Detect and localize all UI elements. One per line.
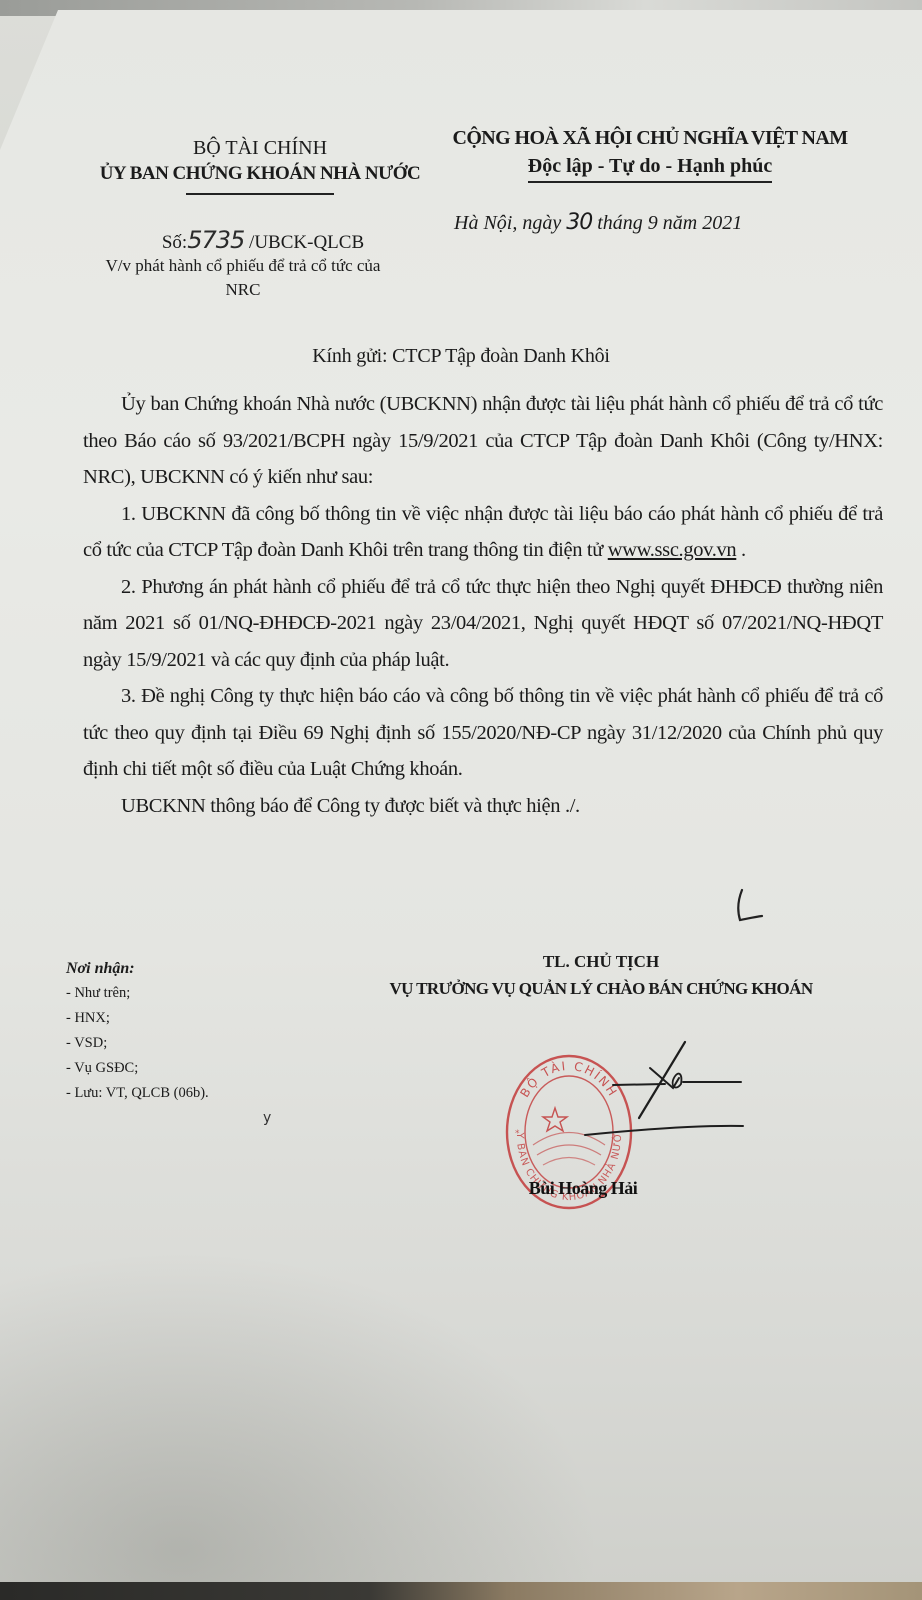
- paragraph-closing: UBCKNN thông báo để Công ty được biết và…: [83, 788, 883, 825]
- letter-body: Ủy ban Chứng khoán Nhà nước (UBCKNN) nhậ…: [83, 386, 883, 824]
- paragraph-intro: Ủy ban Chứng khoán Nhà nước (UBCKNN) nhậ…: [83, 386, 883, 496]
- handwritten-initial-icon: [728, 886, 768, 926]
- signatory-authority: TL. CHỦ TỊCH: [306, 948, 896, 975]
- official-letter: BỘ TÀI CHÍNH ỦY BAN CHỨNG KHOÁN NHÀ NƯỚC…: [0, 0, 922, 1600]
- subject-line-1: V/v phát hành cổ phiếu để trả cổ tức của: [58, 254, 428, 278]
- issue-date: Hà Nội, ngày 30 tháng 9 năm 2021: [454, 210, 742, 235]
- recipient-item: - VSD;: [66, 1031, 209, 1056]
- recipients-list: Nơi nhận: - Như trên; - HNX; - VSD; - Vụ…: [66, 957, 209, 1106]
- reference-handwritten-number: 5735: [187, 226, 244, 254]
- handwritten-signature-icon: [555, 1040, 745, 1150]
- recipient-item: - Như trên;: [66, 981, 209, 1006]
- reference-suffix: /UBCK-QLCB: [244, 232, 364, 253]
- ministry-name: BỘ TÀI CHÍNH: [90, 135, 430, 161]
- item-1-end: .: [736, 539, 746, 561]
- agency-name: ỦY BAN CHỨNG KHOÁN NHÀ NƯỚC: [90, 161, 430, 187]
- header-divider: [186, 193, 334, 195]
- paragraph-item-1: 1. UBCKNN đã công bố thông tin về việc n…: [83, 496, 883, 569]
- date-rest: tháng 9 năm 2021: [592, 212, 742, 234]
- paragraph-item-2: 2. Phương án phát hành cổ phiếu để trả c…: [83, 569, 883, 679]
- country-name: CỘNG HOÀ XÃ HỘI CHỦ NGHĨA VIỆT NAM: [420, 124, 880, 152]
- issuer-header: BỘ TÀI CHÍNH ỦY BAN CHỨNG KHOÁN NHÀ NƯỚC: [90, 135, 430, 195]
- recipients-title: Nơi nhận:: [66, 957, 209, 981]
- reference-number: Số:5735 /UBCK-QLCB: [108, 226, 418, 254]
- national-header: CỘNG HOÀ XÃ HỘI CHỦ NGHĨA VIỆT NAM Độc l…: [420, 124, 880, 183]
- signature-block: TL. CHỦ TỊCH VỤ TRƯỞNG VỤ QUẢN LÝ CHÀO B…: [306, 948, 896, 1002]
- date-prefix: Hà Nội, ngày: [454, 212, 566, 234]
- recipient-item: - Vụ GSĐC;: [66, 1056, 209, 1081]
- reference-prefix: Số:: [162, 232, 187, 253]
- subject-line-2: NRC: [58, 278, 428, 302]
- handwritten-mark: y: [263, 1110, 271, 1126]
- addressee: Kính gửi: CTCP Tập đoàn Danh Khôi: [0, 345, 922, 368]
- date-day-handwritten: 30: [566, 210, 592, 235]
- signatory-title: VỤ TRƯỞNG VỤ QUẢN LÝ CHÀO BÁN CHỨNG KHOÁ…: [306, 975, 896, 1002]
- paragraph-item-3: 3. Đề nghị Công ty thực hiện báo cáo và …: [83, 678, 883, 788]
- svg-text:*: *: [515, 1129, 520, 1139]
- item-1-text: 1. UBCKNN đã công bố thông tin về việc n…: [83, 503, 883, 562]
- ssc-website-link[interactable]: www.ssc.gov.vn: [608, 539, 737, 561]
- national-motto: Độc lập - Tự do - Hạnh phúc: [528, 152, 772, 183]
- subject-line: V/v phát hành cổ phiếu để trả cổ tức của…: [58, 254, 428, 302]
- signer-name: Bùi Hoàng Hải: [508, 1178, 658, 1199]
- recipient-item: - HNX;: [66, 1006, 209, 1031]
- recipient-item: - Lưu: VT, QLCB (06b).: [66, 1081, 209, 1106]
